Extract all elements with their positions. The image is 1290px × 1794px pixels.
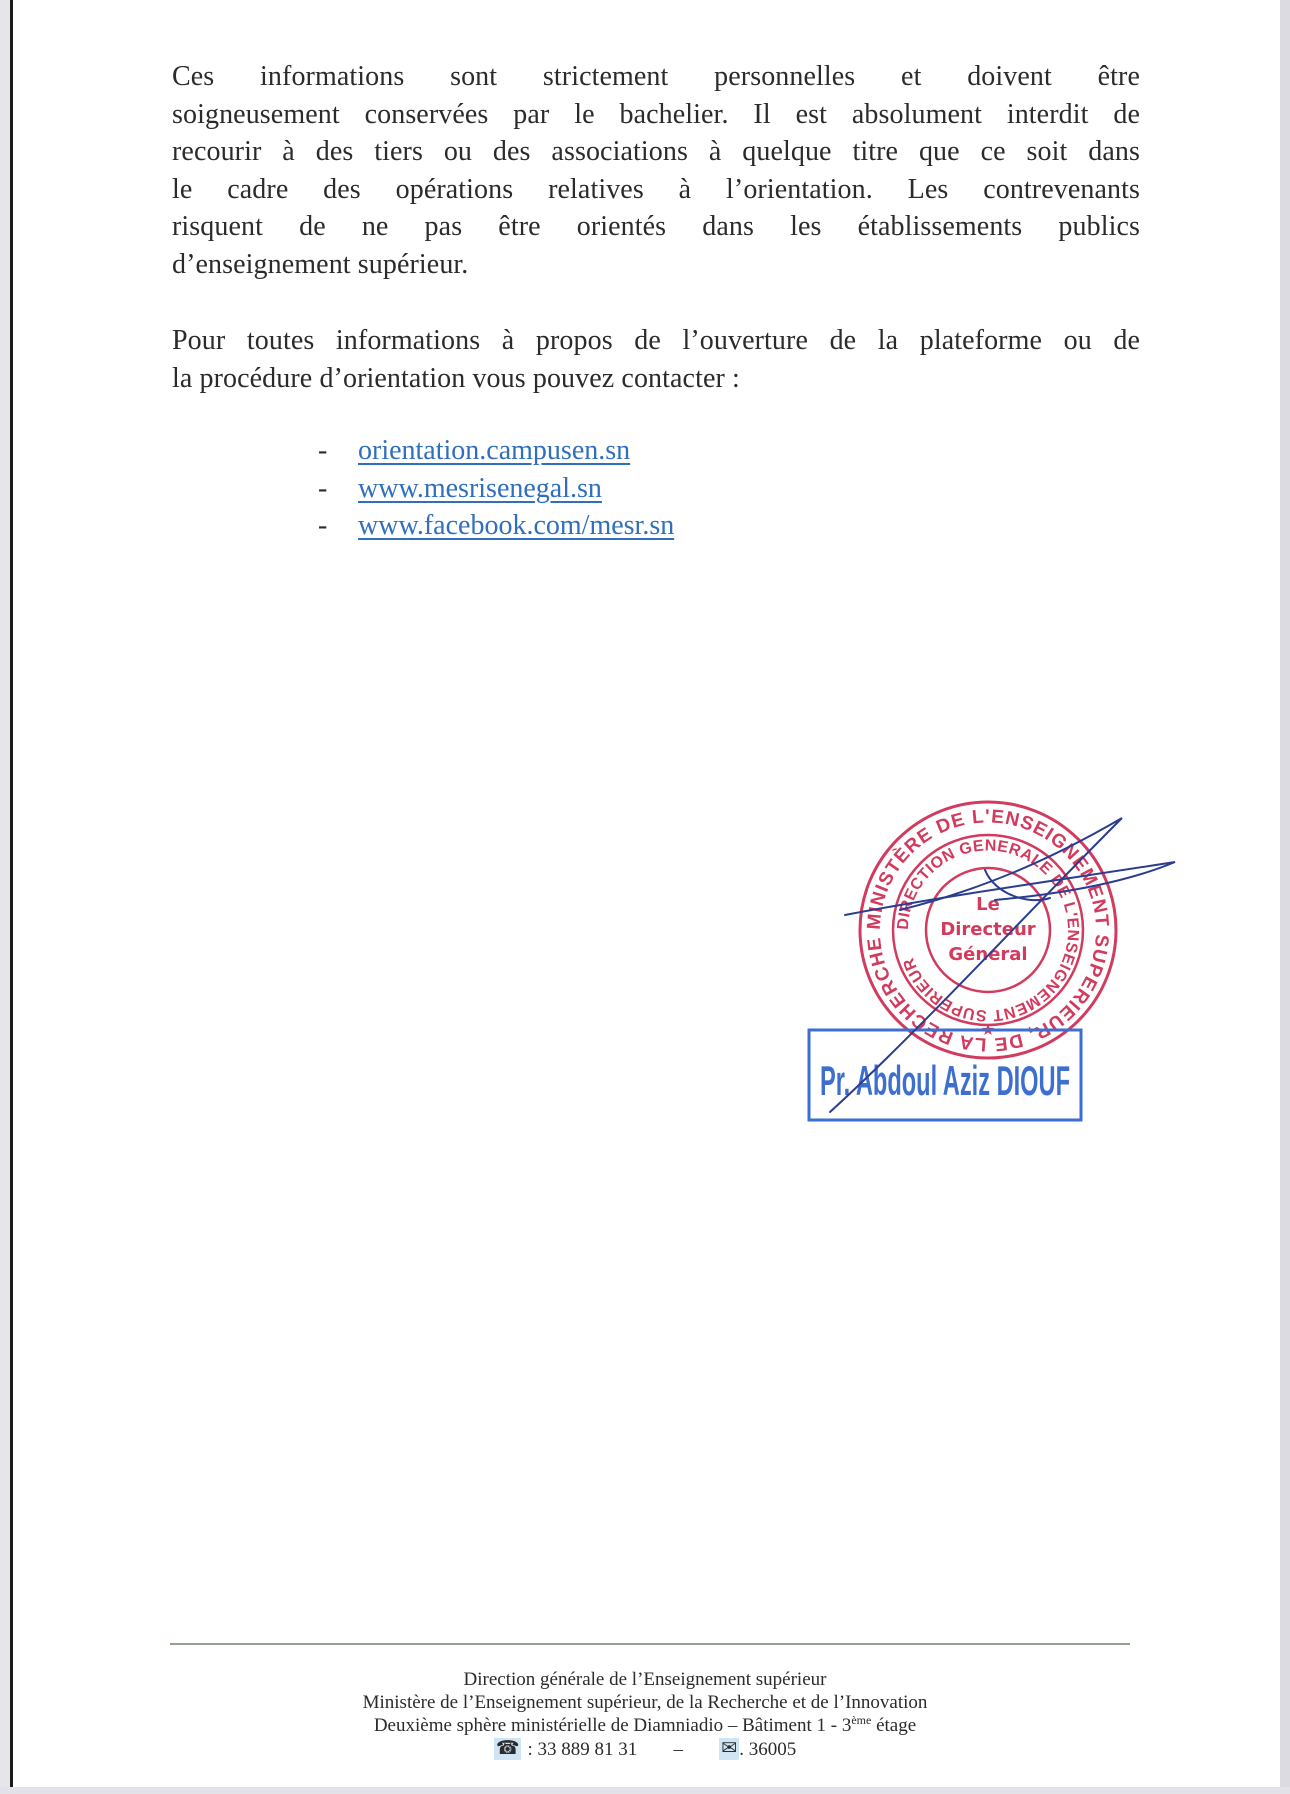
paragraph-line: Pour toutes informations à propos de l’o…	[172, 322, 1140, 360]
paragraph-line: d’enseignement supérieur.	[172, 246, 1140, 284]
list-item: - www.facebook.com/mesr.sn	[318, 507, 674, 545]
list-item: - orientation.campusen.sn	[318, 432, 674, 470]
paragraph-contact: Pour toutes informations à propos de l’o…	[172, 322, 1140, 397]
signatory-name: Pr. Abdoul Aziz DIOUF	[820, 1057, 1070, 1104]
bullet-dash: -	[318, 507, 358, 545]
footer-ministry: Ministère de l’Enseignement supérieur, d…	[0, 1691, 1290, 1714]
link-orientation-campusen[interactable]: orientation.campusen.sn	[358, 432, 630, 470]
paragraph-line: Ces informations sont strictement person…	[172, 58, 1140, 96]
bullet-dash: -	[318, 432, 358, 470]
contact-links-list: - orientation.campusen.sn - www.mesrisen…	[318, 432, 674, 545]
paragraph-line: le cadre des opérations relatives à l’or…	[172, 171, 1140, 209]
stamp-center-line: Le	[976, 894, 1000, 915]
footer-directorate: Direction générale de l’Enseignement sup…	[0, 1668, 1290, 1691]
link-facebook-mesr[interactable]: www.facebook.com/mesr.sn	[358, 507, 674, 545]
footer-po-box: . 36005	[739, 1738, 796, 1761]
paragraph-line: risquent de ne pas être orientés dans le…	[172, 208, 1140, 246]
paragraph-line: recourir à des tiers ou des associations…	[172, 133, 1140, 171]
official-stamp: MINISTÈRE DE L'ENSEIGNEMENT SUPERIEUR, D…	[800, 800, 1200, 1130]
footer-phone: : 33 889 81 31	[527, 1738, 637, 1761]
footer-divider	[170, 1643, 1130, 1645]
right-gutter	[1280, 0, 1290, 1794]
bullet-dash: -	[318, 470, 358, 508]
mail-icon: ✉	[719, 1738, 739, 1760]
paragraph-line: la procédure d’orientation vous pouvez c…	[172, 360, 1140, 398]
footer-separator: –	[643, 1738, 713, 1761]
link-mesrisenegal[interactable]: www.mesrisenegal.sn	[358, 470, 602, 508]
bottom-gutter	[0, 1787, 1290, 1794]
paragraph-line: soigneusement conservées par le bachelie…	[172, 96, 1140, 134]
list-item: - www.mesrisenegal.sn	[318, 470, 674, 508]
paragraph-confidentiality: Ces informations sont strictement person…	[172, 58, 1140, 283]
phone-icon: ☎	[494, 1738, 522, 1760]
footer-contact: ☎ : 33 889 81 31 – ✉ . 36005	[494, 1738, 796, 1761]
footer-address: Deuxième sphère ministérielle de Diamnia…	[0, 1714, 1290, 1737]
letterhead-footer: Direction générale de l’Enseignement sup…	[0, 1668, 1290, 1761]
